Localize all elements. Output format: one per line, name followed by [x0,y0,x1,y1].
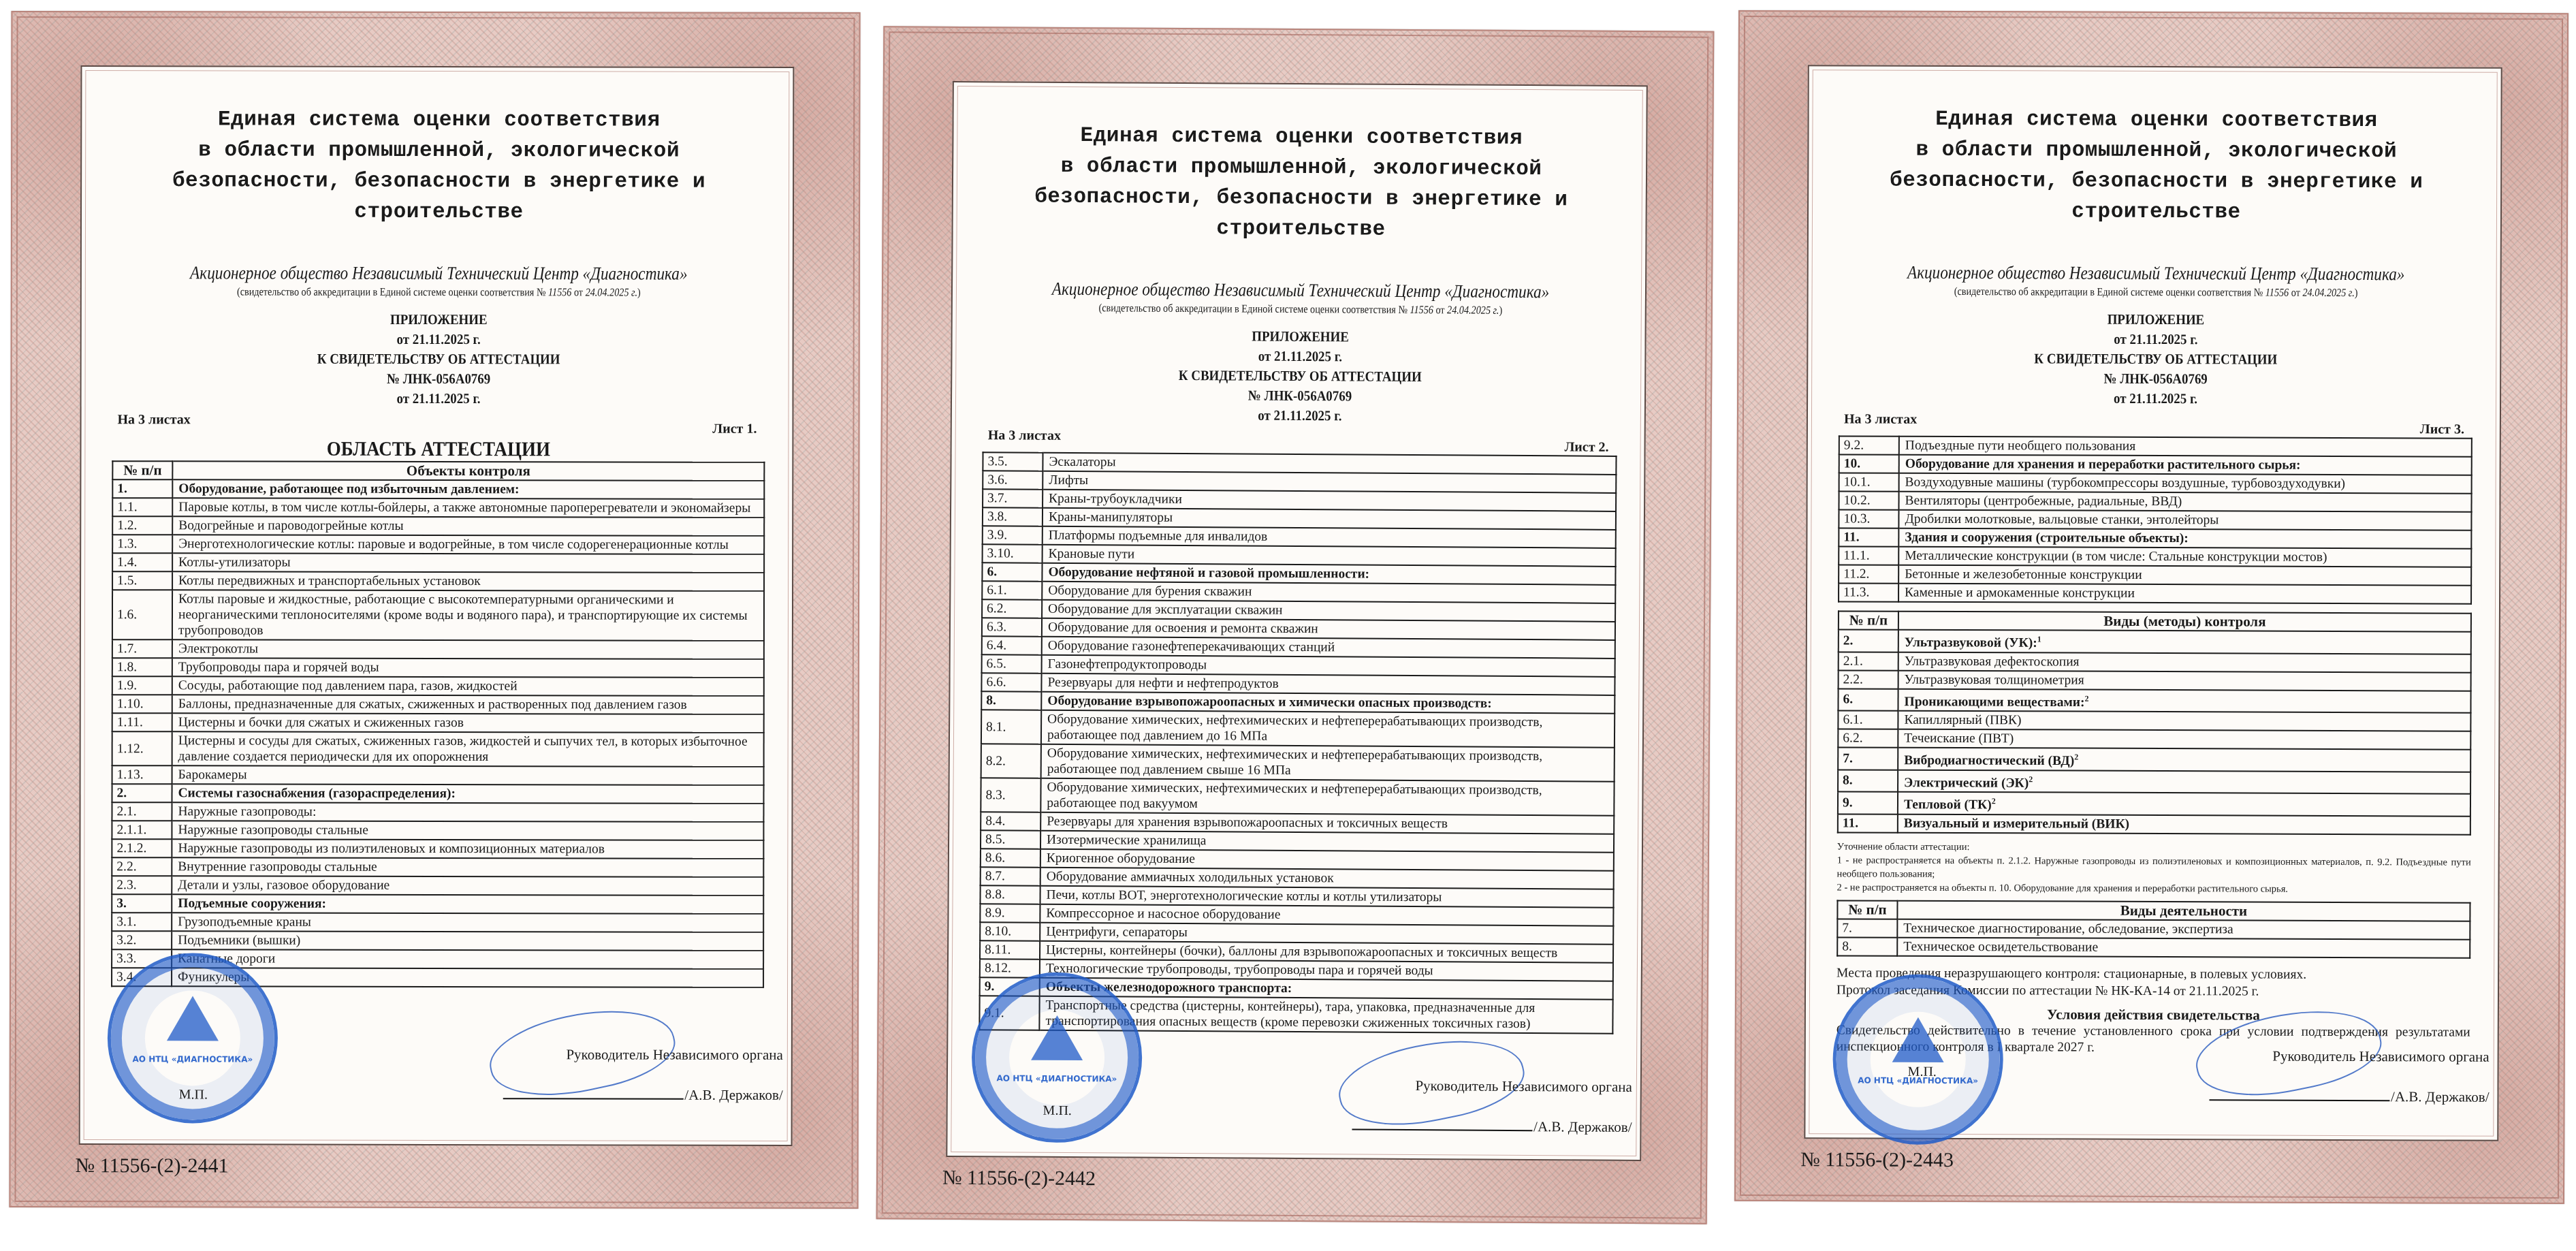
signature-line [2209,1099,2389,1101]
row-text: Подъездные пути необщего пользования [1899,437,2472,457]
row-number: 11. [1838,814,1898,832]
row-number: 3.6. [983,471,1043,490]
row-number: 3.9. [983,526,1043,545]
row-text: Электрический (ЭК)2 [1898,770,2470,793]
row-text: Баллоны, предназначенные для сжатых, сжи… [172,695,764,714]
row-text: Оборудование химических, нефтехимических… [1041,710,1615,748]
row-text: Наружные газопроводы: [172,802,763,822]
row-number: 8.4. [981,812,1040,831]
row-text: Металлические конструкции (в том числе: … [1898,547,2471,567]
row-number: 6.4. [982,636,1042,655]
signature-block: Руководитель Независимого органа /А.В. Д… [1352,1077,1632,1137]
row-number: 1.3. [112,535,172,553]
objects-table: № п/п Объекты контроля 1.Оборудование, р… [111,460,765,988]
row-text: Детали и узлы, газовое оборудование [172,876,763,896]
scope-title: ОБЛАСТЬ АТТЕСТАЦИИ [144,437,732,462]
row-number: 2. [112,784,172,802]
row-number: 6.6. [981,673,1041,692]
row-number: 11.3. [1839,583,1898,601]
row-number: 1.4. [112,553,172,571]
table-row: 6.1.Капиллярный (ПВК) [1838,710,2470,731]
accreditation-line: (свидетельство об аккредитации в Единой … [1028,301,1574,318]
table-row: 6.Проникающими веществами:2 [1838,688,2470,713]
signer-name: /А.В. Держаков/ [1533,1118,1632,1135]
row-text: Наружные газопроводы стальные [172,821,763,840]
row-number: 6.5. [982,654,1042,674]
table-row: 1.3.Энерготехнологические котлы: паровые… [112,535,764,554]
row-text: Дробилки молотковые, вальцовые станки, э… [1898,510,2471,531]
sheet-number: Лист 1. [712,422,757,437]
row-number: 7. [1837,919,1897,937]
table-row: 1.13.Барокамеры [112,765,764,785]
seal-label: М.П. [1908,1064,1937,1080]
table-row: 8.1.Оборудование химических, нефтехимиче… [981,710,1615,748]
row-number: 10.2. [1839,491,1898,509]
table-row: 1.8.Трубопроводы пара и горячей воды [112,658,764,678]
table-row: 7.Техническое диагностирование, обследов… [1837,919,2470,939]
table-row: 10.2.Вентиляторы (центробежные, радиальн… [1839,491,2471,511]
sheet-content: Единая система оценки соответствия в обл… [979,120,1619,1034]
row-number: 3.10. [983,544,1043,563]
signer-role: Руководитель Независимого органа [1352,1077,1632,1096]
table-row: 1.4.Котлы-утилизаторы [112,553,764,573]
table-row: 9.Тепловой (ТК)2 [1838,791,2470,816]
row-number: 10.1. [1839,473,1899,491]
row-text: Вибродиагностический (ВД)2 [1898,748,2470,772]
row-text: Цистерны и бочки для сжатых и сжиженных … [172,713,764,733]
row-number: 8. [1837,937,1897,955]
row-number: 8. [1838,770,1898,792]
footnote-ref: 2 [2084,693,2088,703]
row-text: Оборудование для хранения и переработки … [1899,455,2472,475]
sheet-content: Единая система оценки соответствия в обл… [111,104,765,988]
row-number: 9. [1838,791,1898,814]
accreditation-line: (свидетельство об аккредитации в Единой … [158,285,720,299]
row-text: Оборудование, работающее под избыточным … [172,479,764,499]
table-row: 11.1.Металлические конструкции (в том чи… [1839,546,2471,567]
sheet-content: Единая система оценки соответствия в обл… [1836,104,2474,1057]
system-title: Единая система оценки соответствия в обл… [1839,104,2474,228]
row-number: 3.8. [983,507,1043,526]
row-number: 1.10. [112,695,172,713]
table-row: 10.Оборудование для хранения и переработ… [1839,454,2472,475]
row-text: Подъемники (вышки) [172,931,763,951]
row-number: 3. [112,894,172,913]
table-row: 8.3.Оборудование химических, нефтехимиче… [981,778,1614,816]
row-number: 3.5. [983,452,1043,471]
table-row: 1.5.Котлы передвижных и транспортабельны… [112,571,764,591]
row-number: 2.2. [1839,670,1898,688]
seal-label: М.П. [179,1087,208,1103]
table-row: 1.7.Электрокотлы [112,639,764,659]
signature-block: Руководитель Независимого органа /А.В. Д… [2209,1047,2490,1105]
row-text: Водогрейные и пароводогрейные котлы [172,516,764,536]
sheet-info: На 3 листах Лист 3. [1839,411,2472,437]
footnote-ref: 1 [2037,634,2041,644]
row-text: Котлы передвижных и транспортабельных ус… [172,571,764,591]
row-number: 6.1. [982,581,1042,600]
col-number-header: № п/п [1839,611,1898,629]
footnote-ref: 2 [2029,774,2033,784]
system-title: Единая система оценки соответствия в обл… [112,104,765,228]
form-serial-number: № 11556-(2)-2442 [942,1167,1096,1190]
row-text: Фуникулеры [172,968,763,987]
methods-table: № п/п Виды (методы) контроля 2.Ультразву… [1837,610,2472,835]
row-number: 6.3. [982,618,1042,637]
row-text: Капиллярный (ПВК) [1898,711,2470,731]
row-number: 6. [1838,688,1898,711]
col-number-header: № п/п [1837,900,1897,919]
row-number: 10. [1839,454,1899,473]
sheets-total: На 3 листах [988,428,1061,452]
row-text: Внутренние газопроводы стальные [172,857,763,877]
row-text: Ультразвуковая толщинометрия [1898,670,2471,691]
objects-table-continued: 9.2.Подъездные пути необщего пользования… [1838,435,2472,604]
row-text: Тепловой (ТК)2 [1898,792,2470,816]
table-row: 1.9.Сосуды, работающие под давлением пар… [112,676,764,696]
certificate-sheet-3: Единая система оценки соответствия в обл… [1734,10,2569,1204]
row-number: 11.2. [1839,565,1898,583]
form-serial-number: № 11556-(2)-2441 [76,1154,229,1177]
signature-block: Руководитель Независимого органа /А.В. Д… [503,1046,783,1104]
row-number: 8. [981,691,1041,710]
signer-name: /А.В. Держаков/ [684,1087,782,1103]
accreditation-line: (свидетельство об аккредитации в Единой … [1883,285,2429,300]
table-row: 11.2.Бетонные и железобетонные конструкц… [1839,565,2471,585]
sheet-number: Лист 3. [2420,422,2464,437]
row-number: 2. [1839,629,1898,652]
row-text: Ультразвуковой (УК):1 [1898,630,2471,654]
signature-line [1352,1129,1532,1132]
row-text: Техническое освидетельствование [1897,937,2470,957]
sheet-number: Лист 2. [1564,439,1608,455]
appendix-heading: ПРИЛОЖЕНИЕ от 21.11.2025 г. К СВИДЕТЕЛЬС… [1871,309,2441,410]
footnote-ref: 2 [1992,796,1996,806]
table-row: 3.2.Подъемники (вышки) [112,931,763,951]
row-text: Вентиляторы (центробежные, радиальные, В… [1898,492,2471,512]
table-row: 8.2.Оборудование химических, нефтехимиче… [981,744,1615,782]
appendix-heading: ПРИЛОЖЕНИЕ от 21.11.2025 г. К СВИДЕТЕЛЬС… [144,309,732,409]
row-number: 1.9. [112,676,172,695]
row-number: 1.2. [112,516,172,535]
table-row: 11.3.Каменные и армокаменные конструкции [1839,583,2471,603]
row-number: 1. [112,479,172,498]
form-serial-number: № 11556-(2)-2443 [1800,1148,1954,1172]
row-text: Подъемные сооружения: [172,894,763,914]
row-number: 6.2. [982,599,1042,618]
col-activities-header: Виды деятельности [1897,900,2470,921]
row-text: Проникающими веществами:2 [1898,688,2470,712]
table-row: 2.2.Внутренние газопроводы стальные [112,857,763,877]
row-text: Течеискание (ПВТ) [1898,729,2470,750]
row-number: 8.12. [980,959,1040,978]
row-number: 2.2. [112,857,172,876]
row-text: Грузоподъемные краны [172,913,763,932]
certificate-sheet-1: Единая система оценки соответствия в обл… [9,11,860,1209]
row-text: Барокамеры [172,765,764,785]
table-row: 3.1.Грузоподъемные краны [112,913,763,932]
row-text: Оборудование химических, нефтехимических… [1040,778,1614,816]
row-text: Паровые котлы, в том числе котлы-бойлеры… [172,498,764,518]
row-number: 8.11. [980,940,1040,960]
table-row: 2.Ультразвуковой (УК):1 [1839,629,2471,654]
row-text: Трубопроводы пара и горячей воды [172,658,764,678]
table-row: 2.1.2.Наружные газопроводы из полиэтилен… [112,839,763,859]
row-text: Электрокотлы [172,639,764,659]
system-title: Единая система оценки соответствия в обл… [983,120,1619,247]
row-number: 8.7. [981,867,1040,886]
row-number: 1.12. [112,731,172,765]
table-row: 2.2.Ультразвуковая толщинометрия [1839,670,2471,691]
row-text: Техническое диагностирование, обследован… [1897,919,2470,939]
col-number-header: № п/п [112,461,172,479]
row-number: 1.13. [112,765,172,784]
row-number: 8.6. [981,849,1040,868]
sheets-total: На 3 листах [117,412,190,436]
row-text: Визуальный и измерительный (ВИК) [1898,814,2470,834]
row-number: 3.2. [112,931,172,949]
row-number: 11.1. [1839,546,1898,565]
row-number: 2.1. [112,802,172,821]
table-row: 1.1.Паровые котлы, в том числе котлы-бой… [112,498,764,518]
table-row: 2.1.Наружные газопроводы: [112,802,763,822]
table-row: 1.11.Цистерны и бочки для сжатых и сжиже… [112,713,764,733]
row-number: 8.9. [980,904,1040,923]
row-number: 1.8. [112,658,172,676]
row-number: 11. [1839,528,1898,546]
signature-line [503,1098,683,1099]
organization-stamp: АО НТЦ «ДИАГНОСТИКА» [1832,974,2003,1145]
row-number: 1.6. [112,590,172,639]
table-row: 8.Электрический (ЭК)2 [1838,770,2470,794]
row-number: 2.1. [1839,652,1898,670]
table-row: 1.2.Водогрейные и пароводогрейные котлы [112,516,764,536]
certificate-sheet-2: Единая система оценки соответствия в обл… [876,26,1715,1224]
signer-name: /А.В. Держаков/ [2391,1088,2489,1105]
row-text: Сосуды, работающие под давлением пара, г… [172,676,764,696]
appendix-heading: ПРИЛОЖЕНИЕ от 21.11.2025 г. К СВИДЕТЕЛЬС… [1014,325,1586,427]
row-number: 8.8. [980,885,1040,904]
row-number: 10.3. [1839,509,1898,528]
table-row: 8.Техническое освидетельствование [1837,937,2470,957]
seal-label: М.П. [1043,1103,1072,1119]
sheets-total: На 3 листах [1844,411,1917,435]
row-number: 8.1. [981,710,1041,744]
organization-name: Акционерное общество Независимый Техниче… [1028,279,1574,303]
row-text: Ультразвуковая дефектоскопия [1898,652,2471,672]
table-row: 6.2.Течеискание (ПВТ) [1838,729,2470,749]
row-number: 1.7. [112,639,172,658]
row-number: 7. [1838,747,1898,770]
table-row: 2.Системы газоснабжения (газораспределен… [112,784,764,804]
organization-name: Акционерное общество Независимый Техниче… [1883,262,2429,285]
table-row: 1.Оборудование, работающее под избыточны… [112,479,764,499]
row-number: 9.2. [1839,436,1899,454]
table-row: 2.3.Детали и узлы, газовое оборудование [112,876,763,896]
row-number: 8.5. [981,830,1040,849]
table-row: 9.2.Подъездные пути необщего пользования [1839,436,2472,456]
organization-name: Акционерное общество Независимый Техниче… [158,262,720,284]
table-row: 10.3.Дробилки молотковые, вальцовые стан… [1839,509,2471,530]
row-text: Оборудование химических, нефтехимических… [1041,744,1615,782]
row-text: Системы газоснабжения (газораспределения… [172,784,764,804]
row-text: Энерготехнологические котлы: паровые и в… [172,535,764,554]
objects-table-continued: 3.5.Эскалаторы3.6.Лифты3.7.Краны-трубоук… [979,452,1617,1034]
row-number: 6. [982,563,1042,582]
row-number: 1.1. [112,498,172,516]
row-number: 2.1.1. [112,821,172,839]
row-text: Котлы-утилизаторы [172,553,764,573]
table-row: 7.Вибродиагностический (ВД)2 [1838,747,2470,772]
row-number: 1.5. [112,571,172,590]
row-number: 3.7. [983,489,1043,508]
table-row: 10.1.Воздуходувные машины (турбокомпресс… [1839,473,2472,493]
footnote-ref: 2 [2074,753,2078,762]
table-row: 1.12.Цистерны и сосуды для сжатых, сжиже… [112,731,764,767]
row-number: 6.1. [1838,710,1898,729]
row-text: Здания и сооружения (строительные объект… [1898,528,2471,549]
row-text: Цистерны и сосуды для сжатых, сжиженных … [172,731,764,767]
sheet-info: На 3 листах Лист 2. [983,428,1617,456]
signer-role: Руководитель Независимого органа [2209,1047,2489,1065]
sheet-inner-panel: Единая система оценки соответствия в обл… [946,81,1648,1161]
row-number: 6.2. [1838,729,1898,747]
row-text: Канатные дороги [172,949,763,969]
scope-notes: Уточнение области аттестации: 1 - не рас… [1837,840,2471,896]
table-row: 11.Здания и сооружения (строительные объ… [1839,528,2471,548]
row-number: 3.1. [112,913,172,931]
row-text: Наружные газопроводы из полиэтиленовых и… [172,839,763,859]
row-number: 8.3. [981,778,1040,812]
row-number: 8.10. [980,922,1040,941]
table-row: 2.1.1.Наружные газопроводы стальные [112,821,763,840]
sheet-inner-panel: Единая система оценки соответствия в обл… [79,65,795,1146]
table-row: 11.Визуальный и измерительный (ВИК) [1838,814,2470,834]
sheet-info: На 3 листах Лист 1. [112,412,765,437]
sheet-inner-panel: Единая система оценки соответствия в обл… [1804,65,2502,1141]
row-text: Котлы паровые и жидкостные, работающие с… [172,590,764,641]
row-number: 1.11. [112,713,172,731]
row-text: Бетонные и железобетонные конструкции [1898,565,2471,586]
table-row: 3.Подъемные сооружения: [112,894,763,914]
col-methods-header: Виды (методы) контроля [1898,612,2471,632]
row-text: Каменные и армокаменные конструкции [1898,584,2471,604]
signer-role: Руководитель Независимого органа [503,1046,782,1064]
row-number: 2.1.2. [112,839,172,857]
table-row: 2.1.Ультразвуковая дефектоскопия [1839,652,2471,672]
table-row: 1.6.Котлы паровые и жидкостные, работающ… [112,590,764,641]
row-number: 8.2. [981,744,1041,778]
row-text: Воздуходувные машины (турбокомпрессоры в… [1899,473,2472,494]
activities-table: № п/п Виды деятельности 7.Техническое ди… [1836,900,2470,958]
row-number: 2.3. [112,876,172,894]
col-objects-header: Объекты контроля [172,461,764,481]
table-row: 1.10.Баллоны, предназначенные для сжатых… [112,695,764,714]
